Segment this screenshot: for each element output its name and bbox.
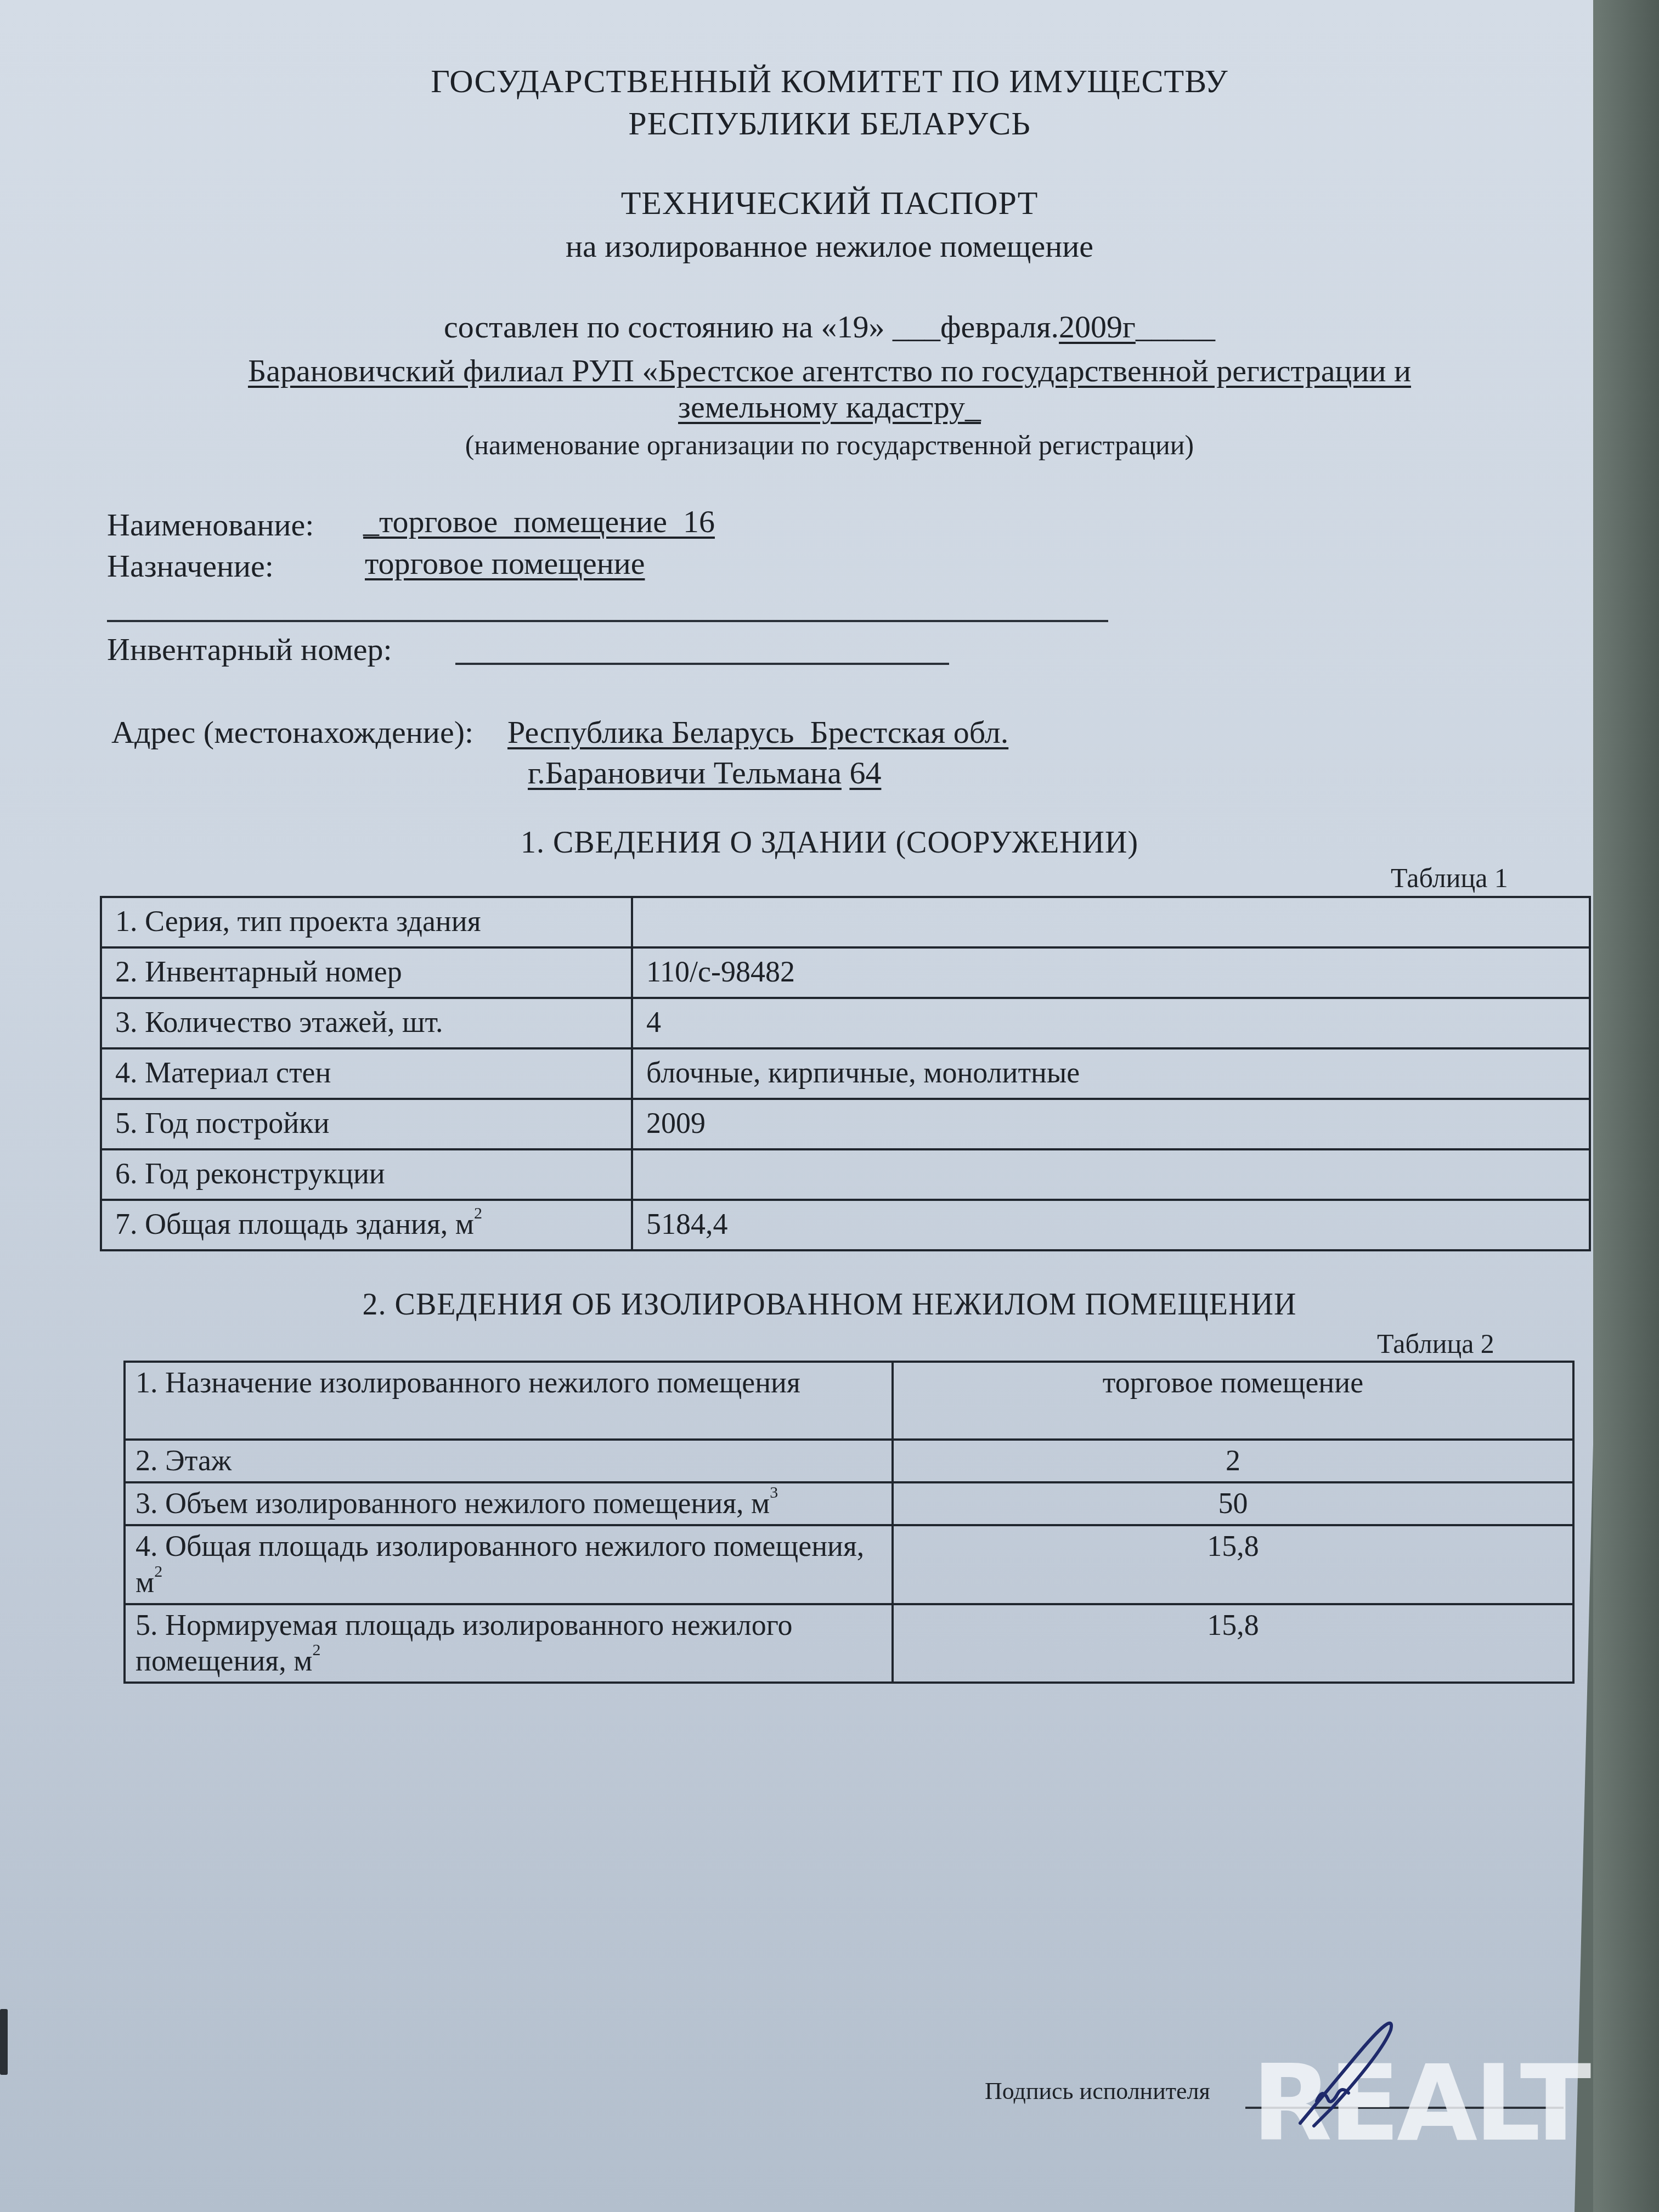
signature-scribble-icon — [0, 0, 1659, 2212]
